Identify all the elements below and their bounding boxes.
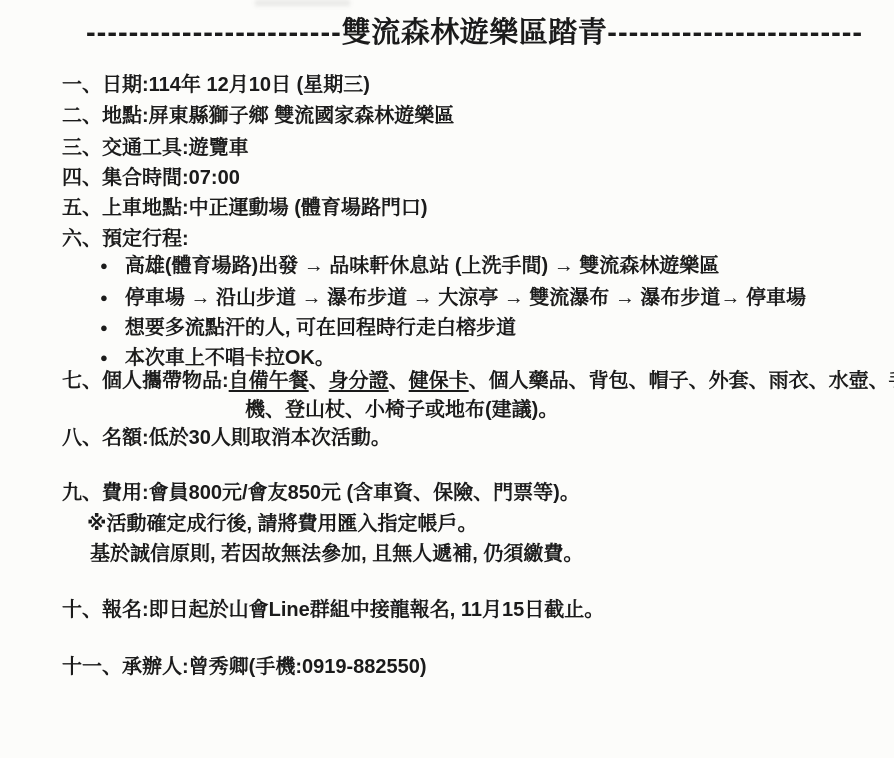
belongings-underlined-id: 身分證: [329, 370, 389, 392]
bullet-icon: ●: [100, 314, 108, 341]
itinerary-bullet-1: ●高雄(體育場路)出發 → 品味軒休息站 (上洗手間) → 雙流森林遊樂區: [100, 252, 719, 280]
itinerary-bullet-3: ●想要多流點汗的人, 可在回程時行走白榕步道: [100, 314, 516, 342]
item-registration: 十、報名:即日起於山會Line群組中接龍報名, 11月15日截止。: [62, 597, 604, 624]
belongings-rest: 、個人藥品、背包、帽子、外套、雨衣、水壺、手: [469, 370, 894, 392]
belongings-sep2: 、: [389, 370, 409, 392]
item-quota: 八、名額:低於30人則取消本次活動。: [62, 425, 391, 452]
itinerary-text-4: 本次車上不唱卡拉OK。: [125, 347, 335, 369]
belongings-sep1: 、: [309, 370, 329, 392]
scan-artifact: [255, 0, 350, 6]
item-belongings-line1: 七、個人攜帶物品:自備午餐、身分證、健保卡、個人藥品、背包、帽子、外套、雨衣、水…: [62, 368, 894, 395]
item-meeting-time: 四、集合時間:07:00: [62, 165, 240, 192]
item-boarding-point: 五、上車地點:中正運動場 (體育場路門口): [62, 195, 428, 222]
fee-note-2: 基於誠信原則, 若因故無法參加, 且無人遞補, 仍須繳費。: [90, 541, 583, 568]
item-itinerary-heading: 六、預定行程:: [62, 226, 189, 253]
item-organizer: 十一、承辦人:曾秀卿(手機:0919-882550): [62, 654, 427, 681]
title-right-dashes: ------------------------: [607, 17, 863, 49]
belongings-underlined-lunch: 自備午餐: [229, 370, 309, 392]
itinerary-bullet-2: ●停車場 → 沿山步道 → 瀑布步道 → 大涼亭 → 雙流瀑布 → 瀑布步道→ …: [100, 284, 806, 312]
title-text: 雙流森林遊樂區踏青: [342, 17, 608, 49]
bullet-icon: ●: [100, 344, 108, 371]
bullet-icon: ●: [100, 252, 108, 279]
itinerary-text-1: 高雄(體育場路)出發 → 品味軒休息站 (上洗手間) → 雙流森林遊樂區: [125, 255, 719, 277]
itinerary-text-3: 想要多流點汗的人, 可在回程時行走白榕步道: [125, 317, 516, 339]
item-fee-main: 九、費用:會員800元/會友850元 (含車資、保險、門票等)。: [62, 480, 580, 507]
bullet-icon: ●: [100, 284, 108, 311]
trip-notice-document: ------------------------雙流森林遊樂區踏青-------…: [0, 0, 894, 758]
title-left-dashes: ------------------------: [86, 17, 342, 49]
belongings-underlined-healthcard: 健保卡: [409, 370, 469, 392]
item-location: 二、地點:屏東縣獅子鄉 雙流國家森林遊樂區: [62, 103, 454, 130]
document-title: ------------------------雙流森林遊樂區踏青-------…: [86, 16, 863, 50]
itinerary-text-2: 停車場 → 沿山步道 → 瀑布步道 → 大涼亭 → 雙流瀑布 → 瀑布步道→ 停…: [125, 287, 806, 309]
fee-note-1: ※活動確定成行後, 請將費用匯入指定帳戶。: [87, 511, 478, 538]
item-belongings-line2: 機、登山杖、小椅子或地布(建議)。: [245, 397, 558, 424]
item-transport: 三、交通工具:遊覽車: [62, 135, 249, 162]
belongings-prefix: 七、個人攜帶物品:: [62, 370, 229, 392]
item-date: 一、日期:114年 12月10日 (星期三): [62, 72, 370, 99]
